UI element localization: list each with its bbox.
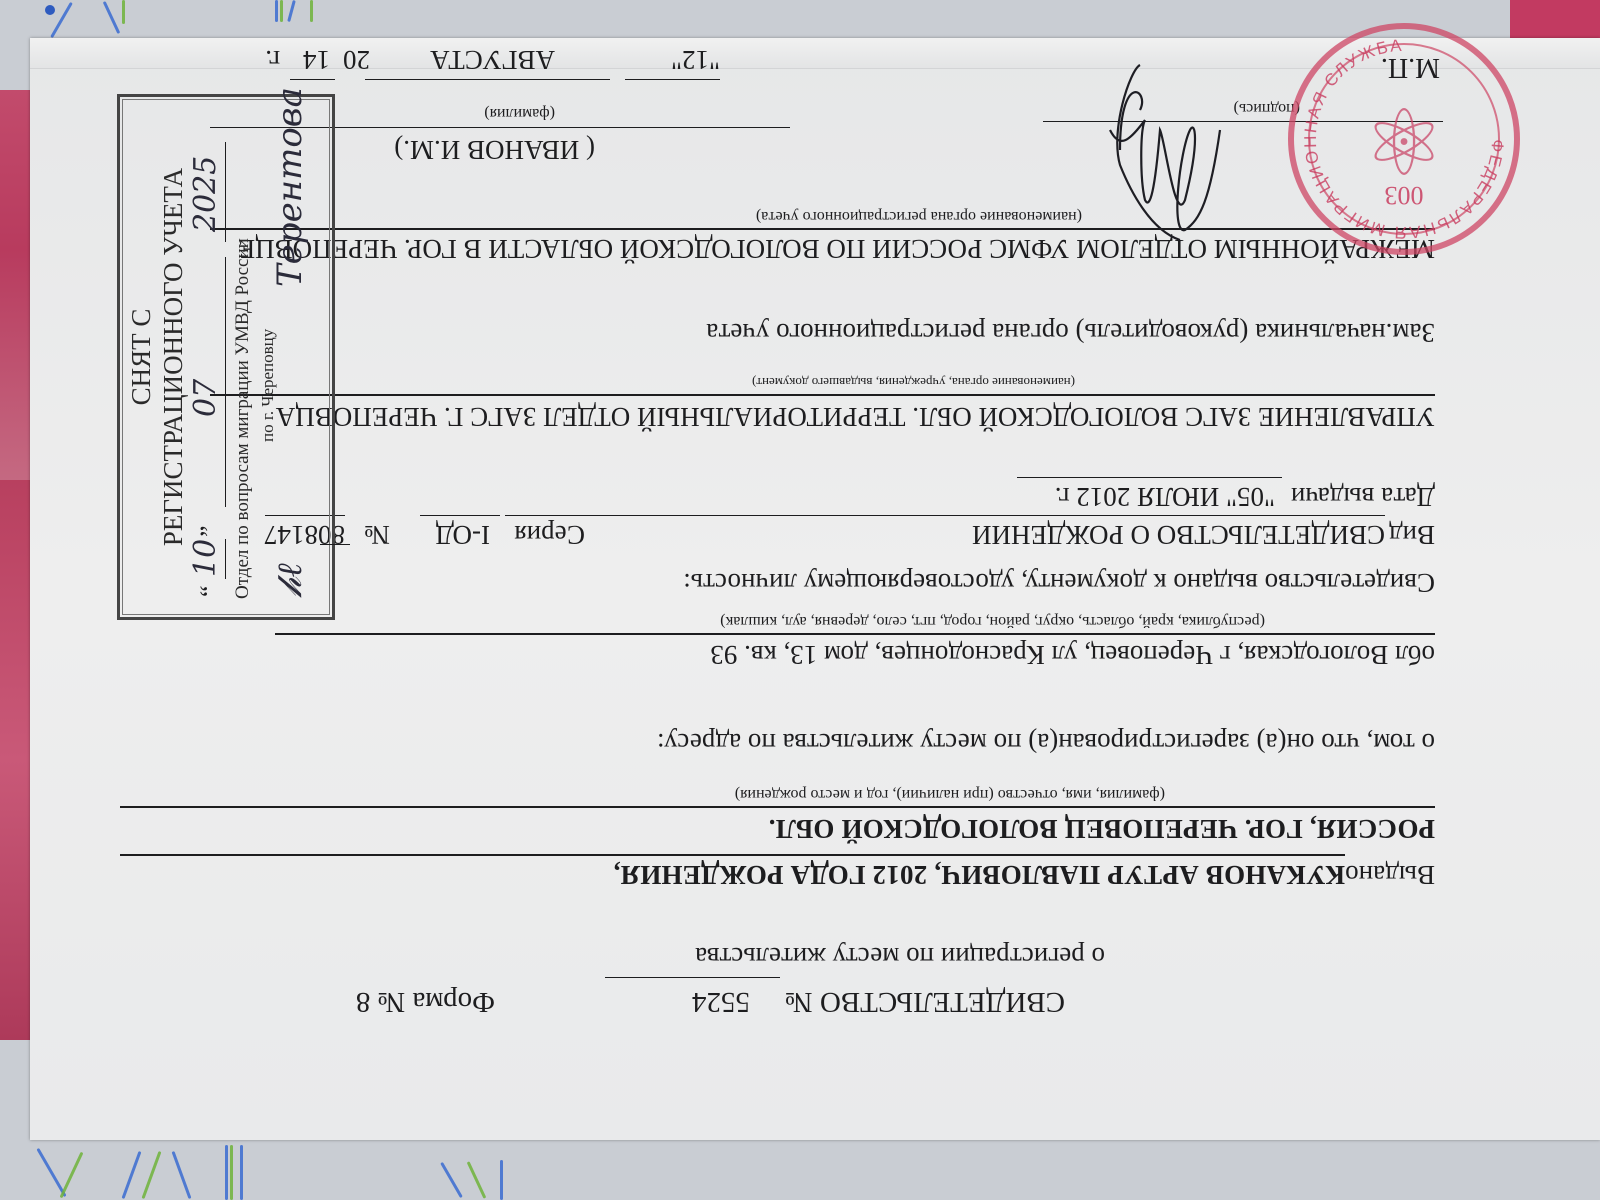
certificate-number: 5524: [692, 985, 750, 1018]
issued-to-birthplace: РОССИЯ, ГОР. ЧЕРЕПОВЕЦ ВОЛОГОДСКОЙ ОБЛ.: [769, 813, 1435, 844]
fabric-pink-corner: [1510, 0, 1600, 40]
stamp-initials-signature: 𝒽ℓ: [270, 563, 310, 597]
document-subtitle: о регистрации по месту жительства: [695, 941, 1105, 972]
head-title: Зам.начальника (руководитель) органа рег…: [706, 317, 1435, 348]
fabric-pattern: [275, 0, 278, 22]
fabric-pattern: [500, 1160, 503, 1200]
issue-date-label: Дата выдачи: [1291, 481, 1435, 512]
date-year-suffix: г.: [265, 44, 280, 75]
underline: [365, 79, 610, 80]
underline: [290, 79, 335, 80]
series-value: I-ОД: [435, 519, 490, 550]
document-title: СВИДЕТЕЛЬСТВО №: [785, 985, 1065, 1018]
number-label: №: [364, 519, 390, 550]
stamp-month: 07: [188, 379, 223, 417]
fabric-pattern: [230, 1145, 233, 1200]
issuer-name: УПРАВЛЕНИЕ ЗАГС ВОЛОГОДСКОЙ ОБЛ. ТЕРРИТО…: [276, 401, 1435, 432]
doc-type-label: Вид: [1389, 519, 1435, 550]
underline: [275, 633, 1435, 635]
fabric-pattern: [172, 1151, 192, 1199]
underline: [225, 257, 226, 507]
registration-body: МЕЖРАЙОННЫМ ОТДЕЛОМ УФМС РОССИИ ПО ВОЛОГ…: [239, 233, 1435, 264]
fabric-pattern: [142, 1151, 162, 1199]
stamp-overlap-line: [320, 544, 350, 545]
caption-person: (фамилия, имя, отчество (при наличии), г…: [735, 785, 1165, 803]
id-document-statement: Свидетельство выдано к документу, удосто…: [683, 567, 1435, 598]
issued-to-name: КУКАНОВ АРТУР ПАВЛОВИЧ, 2012 ГОДА РОЖДЕН…: [613, 859, 1345, 890]
underline: [120, 806, 1435, 808]
stamp-year: 2025: [188, 156, 223, 232]
fabric-pattern: [122, 1151, 142, 1199]
underline: [420, 515, 500, 516]
underline: [210, 228, 1435, 230]
underline: [605, 977, 780, 978]
caption-body: (наименование органа регистрационного уч…: [756, 207, 1082, 225]
issue-date-value: "05" ИЮЛЯ 2012 г.: [1055, 481, 1275, 512]
caption-surname: (фамилия): [484, 104, 555, 122]
fabric-pattern: [103, 1, 121, 34]
stamp-day: 10: [188, 539, 223, 577]
issued-label: Выдано: [1345, 859, 1435, 890]
stamp-city: по г. Череповцу: [258, 329, 278, 442]
fabric-pattern: [122, 0, 125, 24]
fabric-pattern: [310, 0, 313, 22]
stamp-line1: СНЯТ С: [126, 97, 157, 617]
fabric-pattern: [225, 1145, 228, 1200]
underline: [120, 854, 1345, 856]
caption-issuer: (наименование органа, учреждения, выдавш…: [752, 374, 1075, 390]
registered-statement: о том, что он(а) зарегистрирован(а) по м…: [657, 727, 1435, 758]
fabric-pink-stripe: [0, 480, 30, 1040]
fabric-pattern: [467, 1161, 487, 1199]
underline: [625, 79, 720, 80]
registration-certificate-sheet: СВИДЕТЕЛЬСТВО № 5524 Форма № 8 о регистр…: [30, 38, 1600, 1140]
fabric-pattern: [240, 1145, 243, 1200]
underline: [210, 394, 1435, 396]
underline: [225, 539, 226, 579]
caption-address: (республика, край, область, округ, район…: [720, 612, 1265, 630]
stamp-open-quote: “: [195, 585, 225, 597]
fabric-pattern: [60, 1152, 84, 1199]
form-label: Форма № 8: [356, 985, 495, 1018]
stamp-department: Отдел по вопросам миграции УМВД России: [232, 238, 254, 599]
stamp-close-quote: ”: [195, 525, 225, 537]
date-day: "12": [671, 44, 720, 75]
stamp-officer-signature: Терентова: [270, 87, 310, 287]
underline: [1017, 477, 1282, 478]
fabric-pattern: [280, 0, 283, 22]
registration-address: обл Вологодская, г Череповец, ул Краснод…: [710, 639, 1435, 670]
fabric-pattern: [440, 1162, 463, 1198]
doc-type-value: СВИДЕТЕЛЬСТВО О РОЖДЕНИИ: [972, 519, 1385, 550]
signer-name: ( ИВАНОВ И.М.): [394, 134, 595, 165]
stamp-line2: РЕГИСТРАЦИОННОГО УЧЕТА: [158, 97, 189, 617]
fabric-pattern: [45, 5, 55, 15]
underline: [505, 515, 1385, 516]
underline: [225, 142, 226, 242]
date-year-prefix: 20: [343, 44, 370, 75]
fabric-pattern: [287, 0, 296, 22]
date-month: АВГУСТА: [430, 44, 555, 75]
deregistration-stamp: СНЯТ С РЕГИСТРАЦИОННОГО УЧЕТА “ 10 ” 07 …: [117, 94, 335, 620]
seal-mark: М.П.: [1381, 51, 1440, 83]
series-label: Серия: [514, 519, 585, 550]
svg-text:003: 003: [1385, 181, 1424, 210]
date-year: 14: [303, 44, 330, 75]
